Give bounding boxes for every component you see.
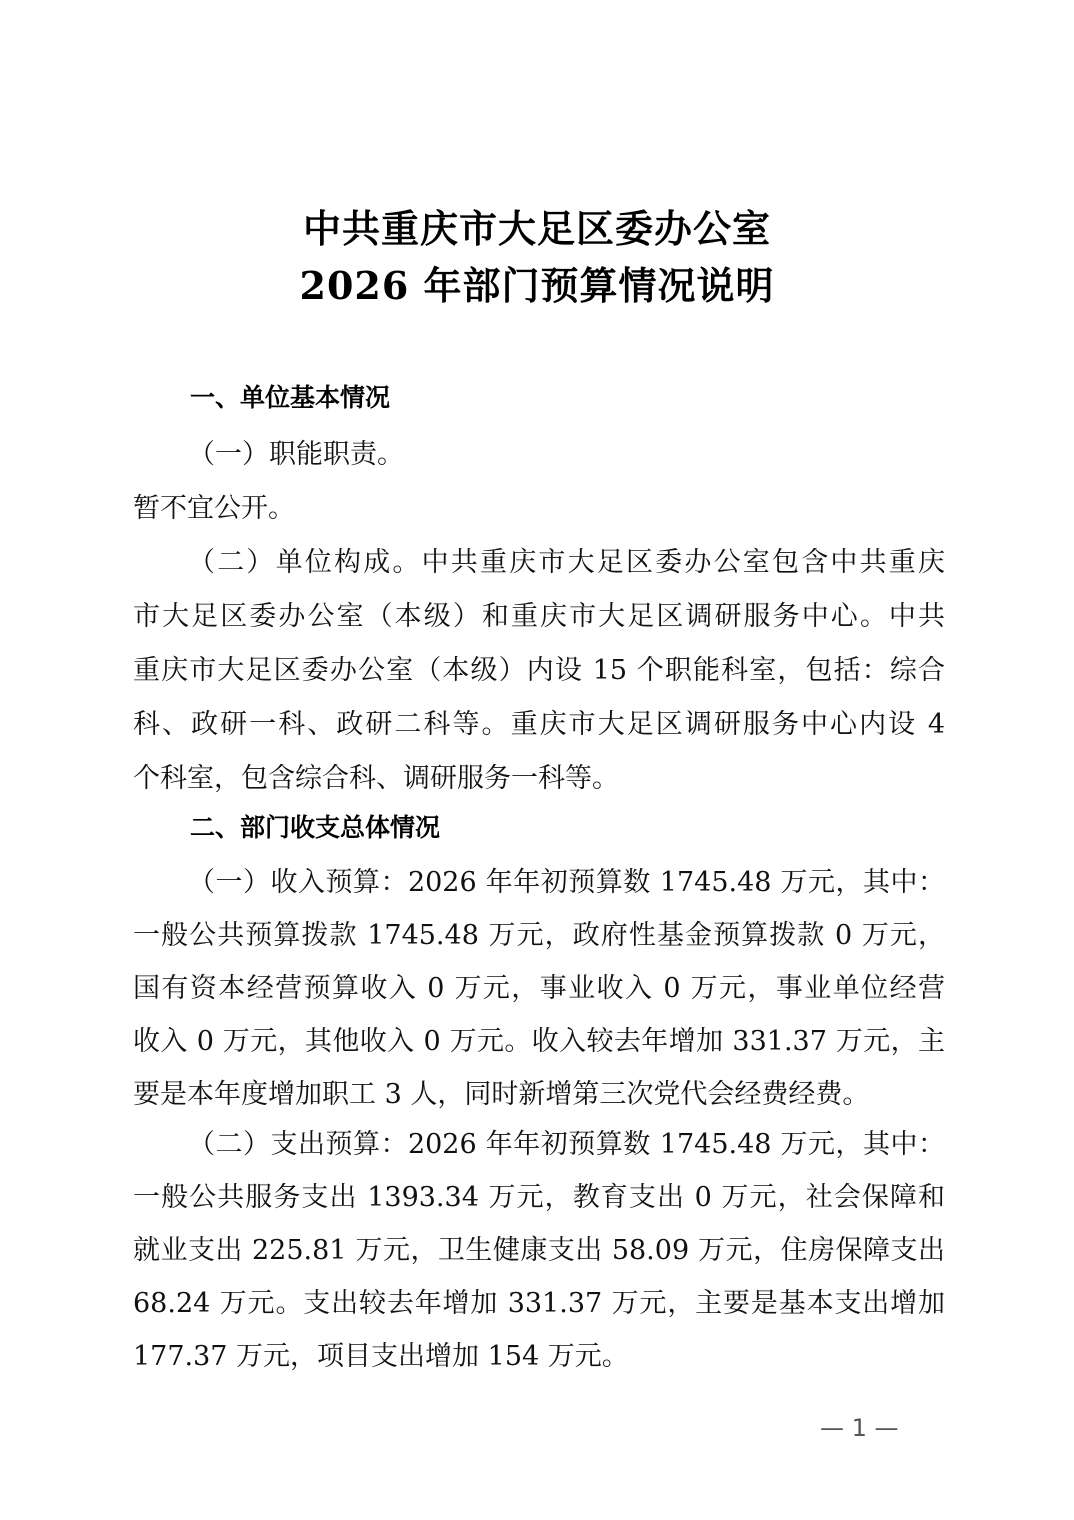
- expense-line: 68.24 万元。支出较去年增加 331.37 万元，主要是基本支出增加: [133, 1281, 945, 1320]
- document-title-line1: 中共重庆市大足区委办公室: [0, 198, 1074, 253]
- expense-line: 一般公共服务支出 1393.34 万元，教育支出 0 万元，社会保障和: [133, 1175, 945, 1214]
- income-line: 一般公共预算拨款 1745.48 万元，政府性基金预算拨款 0 万元，: [133, 913, 945, 952]
- sub2-line: （二）单位构成。中共重庆市大足区委办公室包含中共重庆: [188, 540, 945, 579]
- sub2-line: 个科室，包含综合科、调研服务一科等。: [133, 756, 945, 795]
- income-line: （一）收入预算：2026 年年初预算数 1745.48 万元，其中：: [188, 860, 945, 899]
- section1-heading: 一、单位基本情况: [190, 378, 390, 414]
- page-number: — 1 —: [820, 1414, 899, 1442]
- sub2-line: 科、政研一科、政研二科等。重庆市大足区调研服务中心内设 4: [133, 702, 945, 741]
- expense-line: 177.37 万元，项目支出增加 154 万元。: [133, 1334, 945, 1373]
- document-title-line2: 2026 年部门预算情况说明: [0, 255, 1074, 310]
- sub2-line: 重庆市大足区委办公室（本级）内设 15 个职能科室，包括：综合: [133, 648, 945, 687]
- section2-heading: 二、部门收支总体情况: [190, 808, 440, 844]
- income-line: 收入 0 万元，其他收入 0 万元。收入较去年增加 331.37 万元，主: [133, 1019, 945, 1058]
- expense-line: 就业支出 225.81 万元，卫生健康支出 58.09 万元，住房保障支出: [133, 1228, 945, 1267]
- sub1-text: 暂不宜公开。: [133, 486, 945, 525]
- sub2-line: 市大足区委办公室（本级）和重庆市大足区调研服务中心。中共: [133, 594, 945, 633]
- income-line: 要是本年度增加职工 3 人，同时新增第三次党代会经费经费。: [133, 1072, 945, 1111]
- sub1-heading: （一）职能职责。: [188, 432, 945, 471]
- expense-line: （二）支出预算：2026 年年初预算数 1745.48 万元，其中：: [188, 1122, 945, 1161]
- income-line: 国有资本经营预算收入 0 万元，事业收入 0 万元，事业单位经营: [133, 966, 945, 1005]
